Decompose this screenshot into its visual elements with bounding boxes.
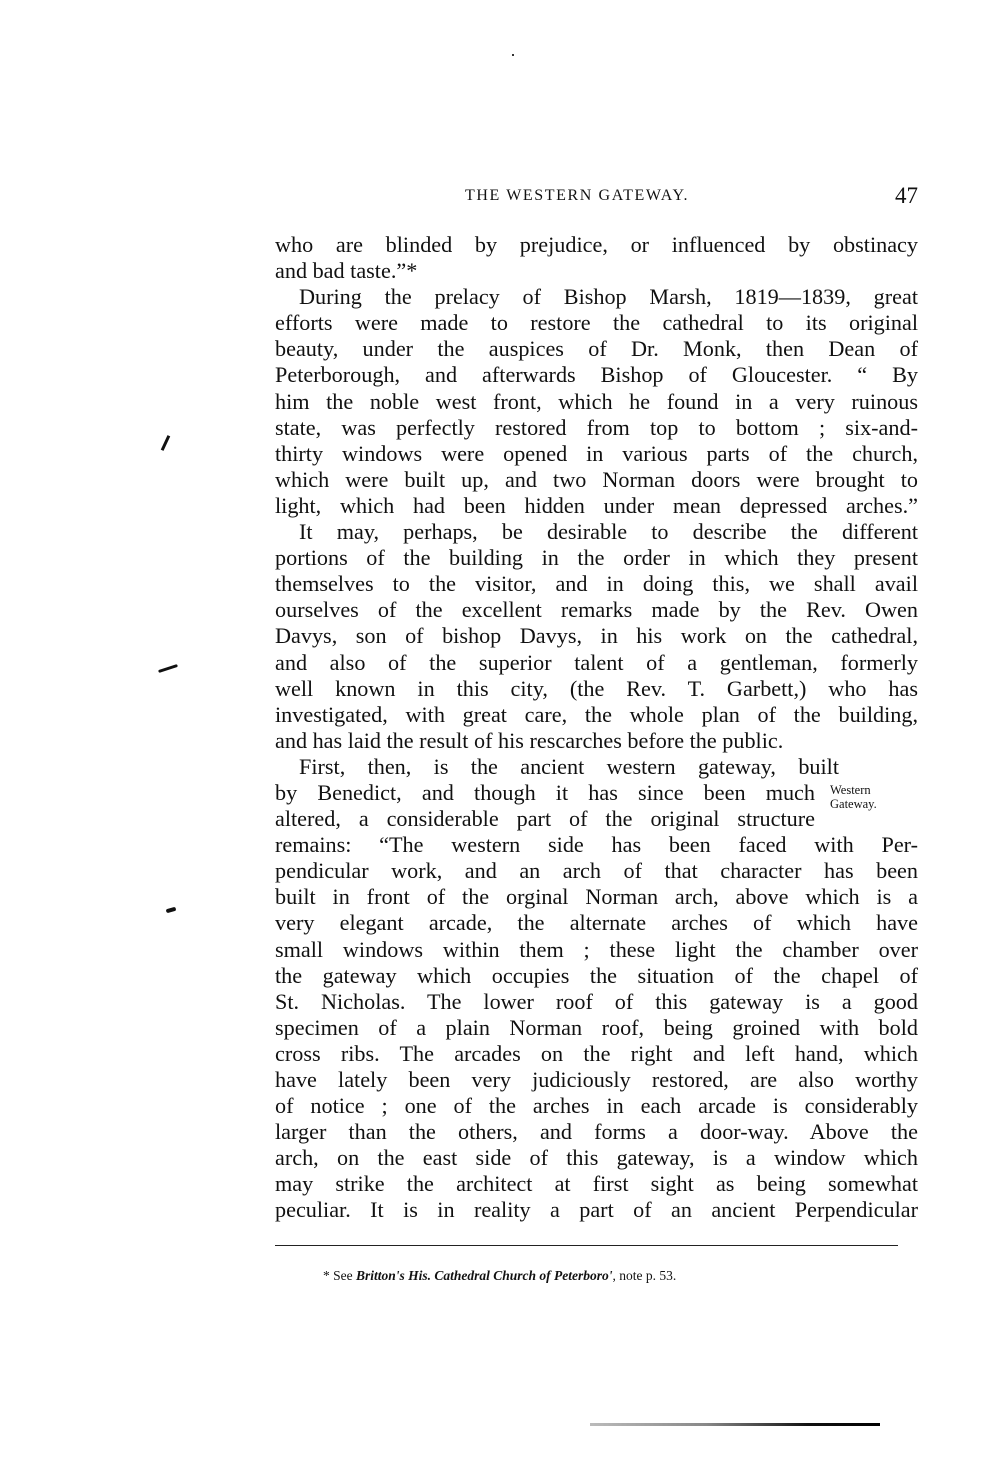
text-line: built in front of the orginal Norman arc…	[275, 884, 918, 910]
text-line: peculiar. It is in reality a part of an …	[275, 1197, 918, 1223]
text-line: investigated, with great care, the whole…	[275, 702, 918, 728]
footnote: * See Britton's His. Cathedral Church of…	[323, 1268, 676, 1284]
scan-edge-line	[590, 1423, 880, 1426]
text-line: light, which had been hidden under mean …	[275, 493, 918, 519]
text-line: have lately been very judiciously restor…	[275, 1067, 918, 1093]
text-line: and also of the superior talent of a gen…	[275, 650, 918, 676]
running-head: THE WESTERN GATEWAY.	[465, 187, 689, 205]
text-line: pendicular work, and an arch of that cha…	[275, 858, 918, 884]
margin-mark	[161, 435, 170, 451]
text-line: and has laid the result of his rescarche…	[275, 728, 918, 754]
sidenote-line: Gateway.	[830, 797, 877, 811]
text-line: specimen of a plain Norman roof, being g…	[275, 1015, 918, 1041]
text-line: remains: “The western side has been face…	[275, 832, 918, 858]
text-line: beauty, under the auspices of Dr. Monk, …	[275, 336, 918, 362]
text-line: the gateway which occupies the situation…	[275, 963, 918, 989]
text-line: Davys, son of bishop Davys, in his work …	[275, 623, 918, 649]
text-line: cross ribs. The arcades on the right and…	[275, 1041, 918, 1067]
text-line: portions of the building in the order in…	[275, 545, 918, 571]
scan-speck	[512, 54, 514, 56]
footnote-suffix: , note p. 53.	[613, 1268, 677, 1283]
text-line: very elegant arcade, the alternate arche…	[275, 910, 918, 936]
text-line: efforts were made to restore the cathedr…	[275, 310, 918, 336]
text-line: of notice ; one of the arches in each ar…	[275, 1093, 918, 1119]
text-line: ourselves of the excellent remarks made …	[275, 597, 918, 623]
text-line: and bad taste.”*	[275, 258, 918, 284]
footnote-prefix: * See	[323, 1268, 356, 1283]
text-line: which were built up, and two Norman door…	[275, 467, 918, 493]
text-line: state, was perfectly restored from top t…	[275, 415, 918, 441]
text-line: larger than the others, and forms a door…	[275, 1119, 918, 1145]
book-page: THE WESTERN GATEWAY. 47 who are blinded …	[0, 0, 1000, 1472]
text-line: thirty windows were opened in various pa…	[275, 441, 918, 467]
text-line: by Benedict, and though it has since bee…	[275, 780, 815, 806]
sidenote-line: Western	[830, 783, 877, 797]
page-number: 47	[895, 183, 918, 209]
paragraph-start: First, then, is the ancient western gate…	[275, 754, 839, 780]
paragraph-start: During the prelacy of Bishop Marsh, 1819…	[275, 284, 918, 310]
text-line: St. Nicholas. The lower roof of this gat…	[275, 989, 918, 1015]
text-line: him the noble west front, which he found…	[275, 389, 918, 415]
text-line: may strike the architect at first sight …	[275, 1171, 918, 1197]
margin-mark	[166, 907, 177, 913]
margin-sidenote: Western Gateway.	[830, 783, 877, 811]
text-line: well known in this city, (the Rev. T. Ga…	[275, 676, 918, 702]
body-text: who are blinded by prejudice, or influen…	[275, 232, 918, 1224]
text-line: small windows within them ; these light …	[275, 937, 918, 963]
text-line: arch, on the east side of this gateway, …	[275, 1145, 918, 1171]
footnote-title: Britton's His. Cathedral Church of Peter…	[356, 1268, 613, 1283]
text-line: themselves to the visitor, and in doing …	[275, 571, 918, 597]
text-line: who are blinded by prejudice, or influen…	[275, 232, 918, 258]
page-header: THE WESTERN GATEWAY. 47	[275, 187, 918, 217]
text-line: altered, a considerable part of the orig…	[275, 806, 815, 832]
footnote-rule	[275, 1245, 898, 1246]
margin-mark	[158, 664, 178, 673]
paragraph-start: It may, perhaps, be desirable to describ…	[275, 519, 918, 545]
text-line: Peterborough, and afterwards Bishop of G…	[275, 362, 918, 388]
